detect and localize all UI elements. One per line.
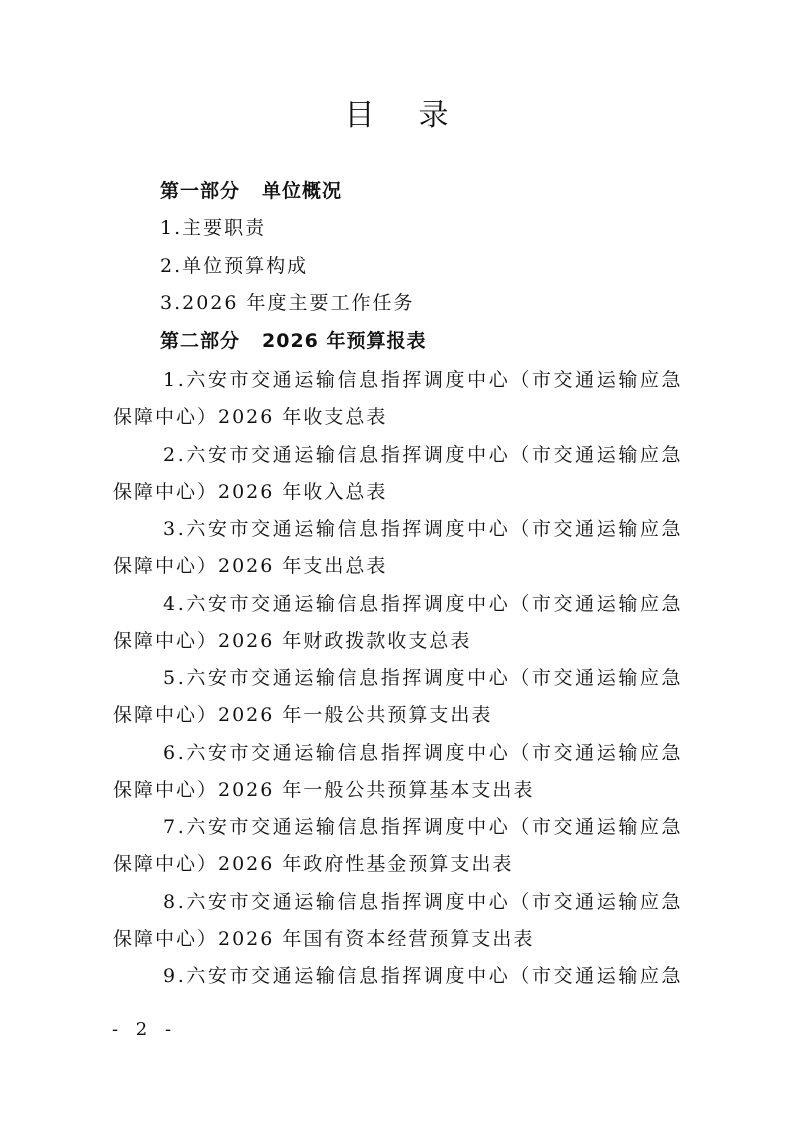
toc-entry-line1: 6.六安市交通运输信息指挥调度中心（市交通运输应急 — [163, 738, 683, 765]
toc-entry-line2: 保障中心）2026 年一般公共预算基本支出表 — [113, 775, 534, 802]
toc-entry-line1: 7.六安市交通运输信息指挥调度中心（市交通运输应急 — [163, 812, 683, 839]
toc-entry-line1: 5.六安市交通运输信息指挥调度中心（市交通运输应急 — [163, 663, 683, 690]
toc-entry-line2: 保障中心）2026 年国有资本经营预算支出表 — [113, 924, 534, 951]
part2-heading-text: 2026 年预算报表 — [262, 330, 427, 352]
toc-entry-line1: 1.六安市交通运输信息指挥调度中心（市交通运输应急 — [163, 365, 683, 392]
page-title: 目录 — [0, 90, 793, 134]
toc-item[interactable]: 1.主要职责 — [160, 213, 266, 240]
page-number: - 2 - — [112, 1019, 177, 1040]
toc-entry-line1: 4.六安市交通运输信息指挥调度中心（市交通运输应急 — [163, 589, 683, 616]
toc-entry-line1: 8.六安市交通运输信息指挥调度中心（市交通运输应急 — [163, 887, 683, 914]
toc-entry-line1: 3.六安市交通运输信息指挥调度中心（市交通运输应急 — [163, 514, 683, 541]
part1-heading: 第一部分单位概况 — [160, 176, 342, 203]
toc-entry-line2: 保障中心）2026 年一般公共预算支出表 — [113, 700, 492, 727]
toc-entry-line2: 保障中心）2026 年收支总表 — [113, 402, 387, 429]
toc-entry-line2: 保障中心）2026 年支出总表 — [113, 551, 387, 578]
part1-heading-text: 单位概况 — [262, 180, 342, 202]
part1-heading-prefix: 第一部分 — [160, 180, 240, 202]
toc-entry-line2: 保障中心）2026 年政府性基金预算支出表 — [113, 849, 513, 876]
toc-entry-line2: 保障中心）2026 年财政拨款收支总表 — [113, 626, 471, 653]
toc-entry-line1: 9.六安市交通运输信息指挥调度中心（市交通运输应急 — [163, 961, 683, 988]
part2-heading-prefix: 第二部分 — [160, 330, 240, 352]
toc-item[interactable]: 3.2026 年度主要工作任务 — [160, 288, 415, 315]
part2-heading: 第二部分2026 年预算报表 — [160, 326, 427, 353]
toc-entry-line1: 2.六安市交通运输信息指挥调度中心（市交通运输应急 — [163, 440, 683, 467]
toc-entry-line2: 保障中心）2026 年收入总表 — [113, 477, 387, 504]
toc-item[interactable]: 2.单位预算构成 — [160, 251, 308, 278]
